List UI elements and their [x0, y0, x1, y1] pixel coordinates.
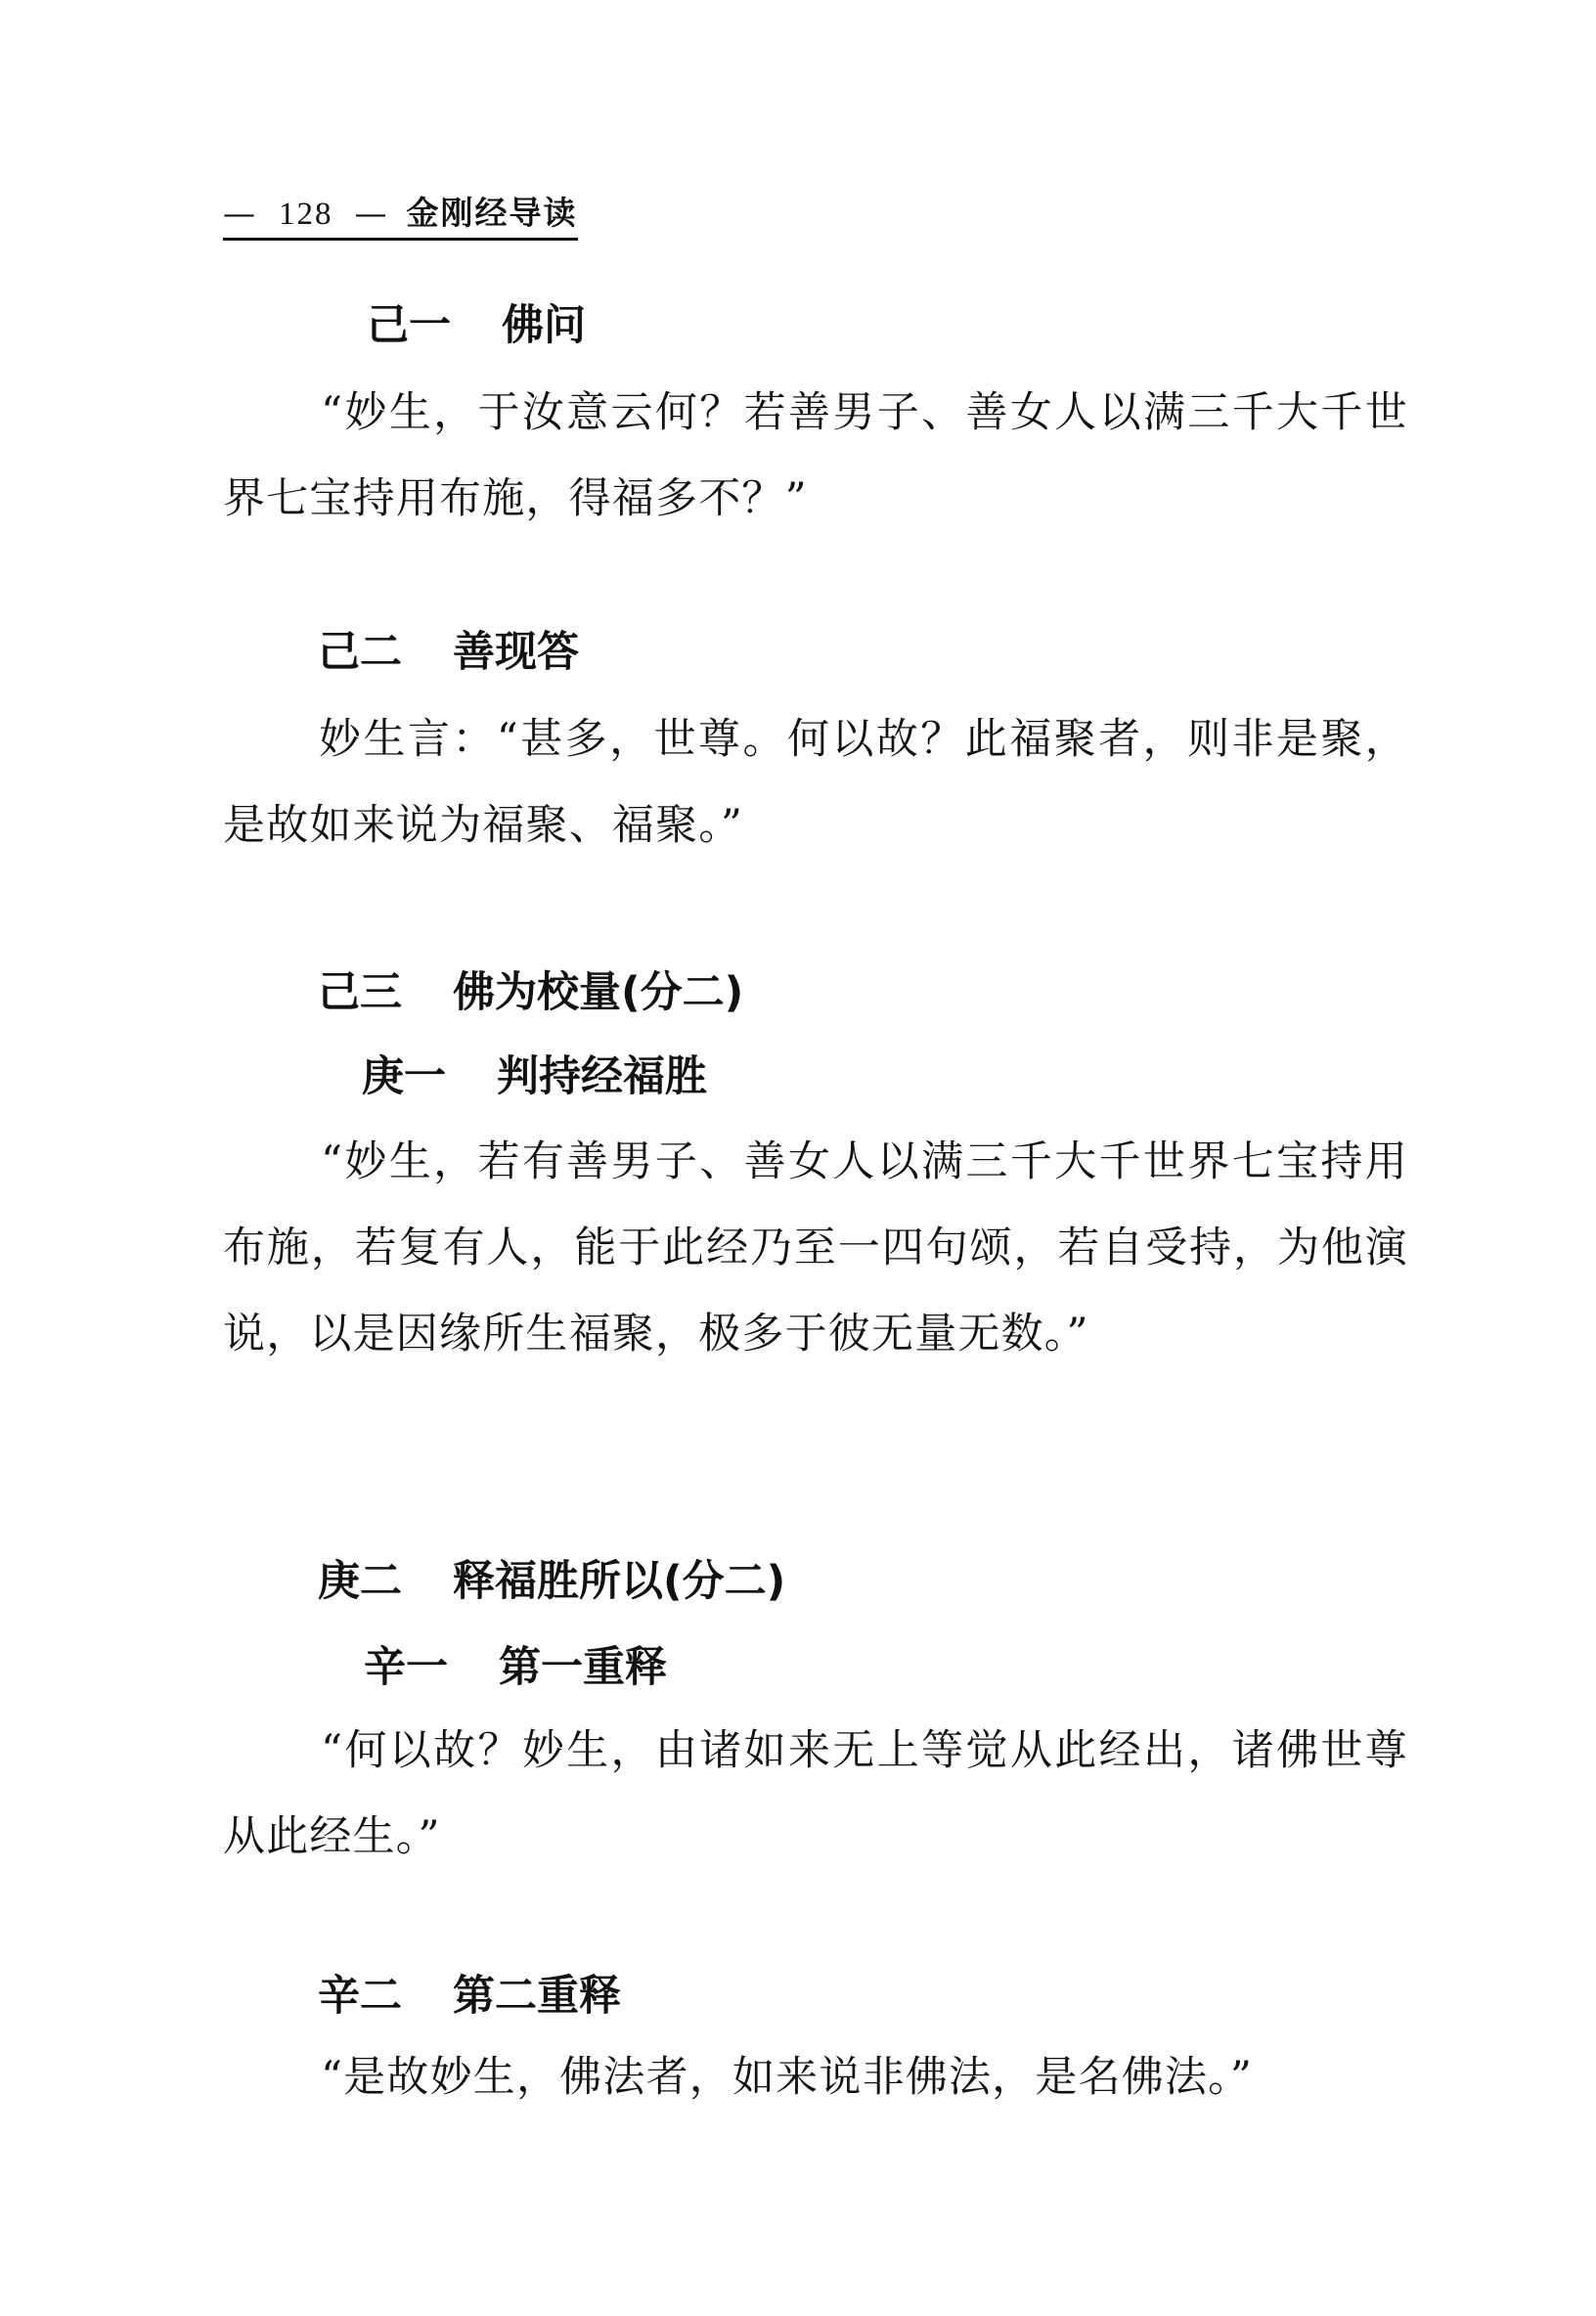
heading-title: 佛问 [502, 301, 586, 350]
heading-label: 庚二 [318, 1557, 402, 1606]
header-dash-right: — [355, 194, 389, 232]
subsection-heading: 辛二第二重释 [318, 1972, 621, 2021]
heading-label: 己三 [318, 968, 402, 1017]
subsection-heading: 辛一第一重释 [364, 1643, 667, 1692]
heading-title: 释福胜所以(分二) [453, 1557, 785, 1606]
heading-label: 己二 [318, 628, 402, 677]
paragraph: “妙生，若有善男子、善女人以满三千大千世界七宝持用布施，若复有人，能于此经乃至一… [223, 1119, 1408, 1377]
paragraph: “妙生，于汝意云何？若善男子、善女人以满三千大千世界七宝持用布施，得福多不？” [223, 370, 1408, 542]
heading-title: 佛为校量(分二) [453, 968, 743, 1017]
heading-label: 辛一 [364, 1643, 448, 1692]
section-heading: 己一佛问 [367, 301, 586, 350]
book-title: 金刚经导读 [407, 194, 578, 232]
section-heading: 己二善现答 [318, 628, 579, 677]
section-heading: 己三佛为校量(分二) [318, 968, 743, 1017]
subsection-heading: 庚一判持经福胜 [362, 1052, 707, 1101]
heading-label: 辛二 [318, 1972, 402, 2021]
paragraph: “何以故？妙生，由诸如来无上等觉从此经出，诸佛世尊从此经生。” [223, 1708, 1408, 1880]
header-dash-left: — [223, 194, 257, 232]
running-header: —128—金刚经导读 [223, 188, 578, 241]
heading-label: 己一 [367, 301, 451, 350]
heading-label: 庚一 [362, 1052, 446, 1101]
heading-title: 第一重释 [499, 1643, 667, 1692]
heading-title: 善现答 [453, 628, 579, 677]
heading-title: 第二重释 [453, 1972, 621, 2021]
paragraph: “是故妙生，佛法者，如来说非佛法，是名佛法。” [223, 2034, 1408, 2120]
paragraph: 妙生言：“甚多，世尊。何以故？此福聚者，则非是聚，是故如来说为福聚、福聚。” [223, 696, 1408, 868]
heading-title: 判持经福胜 [497, 1052, 707, 1101]
page-number: 128 [279, 197, 333, 232]
section-heading: 庚二释福胜所以(分二) [318, 1557, 785, 1606]
